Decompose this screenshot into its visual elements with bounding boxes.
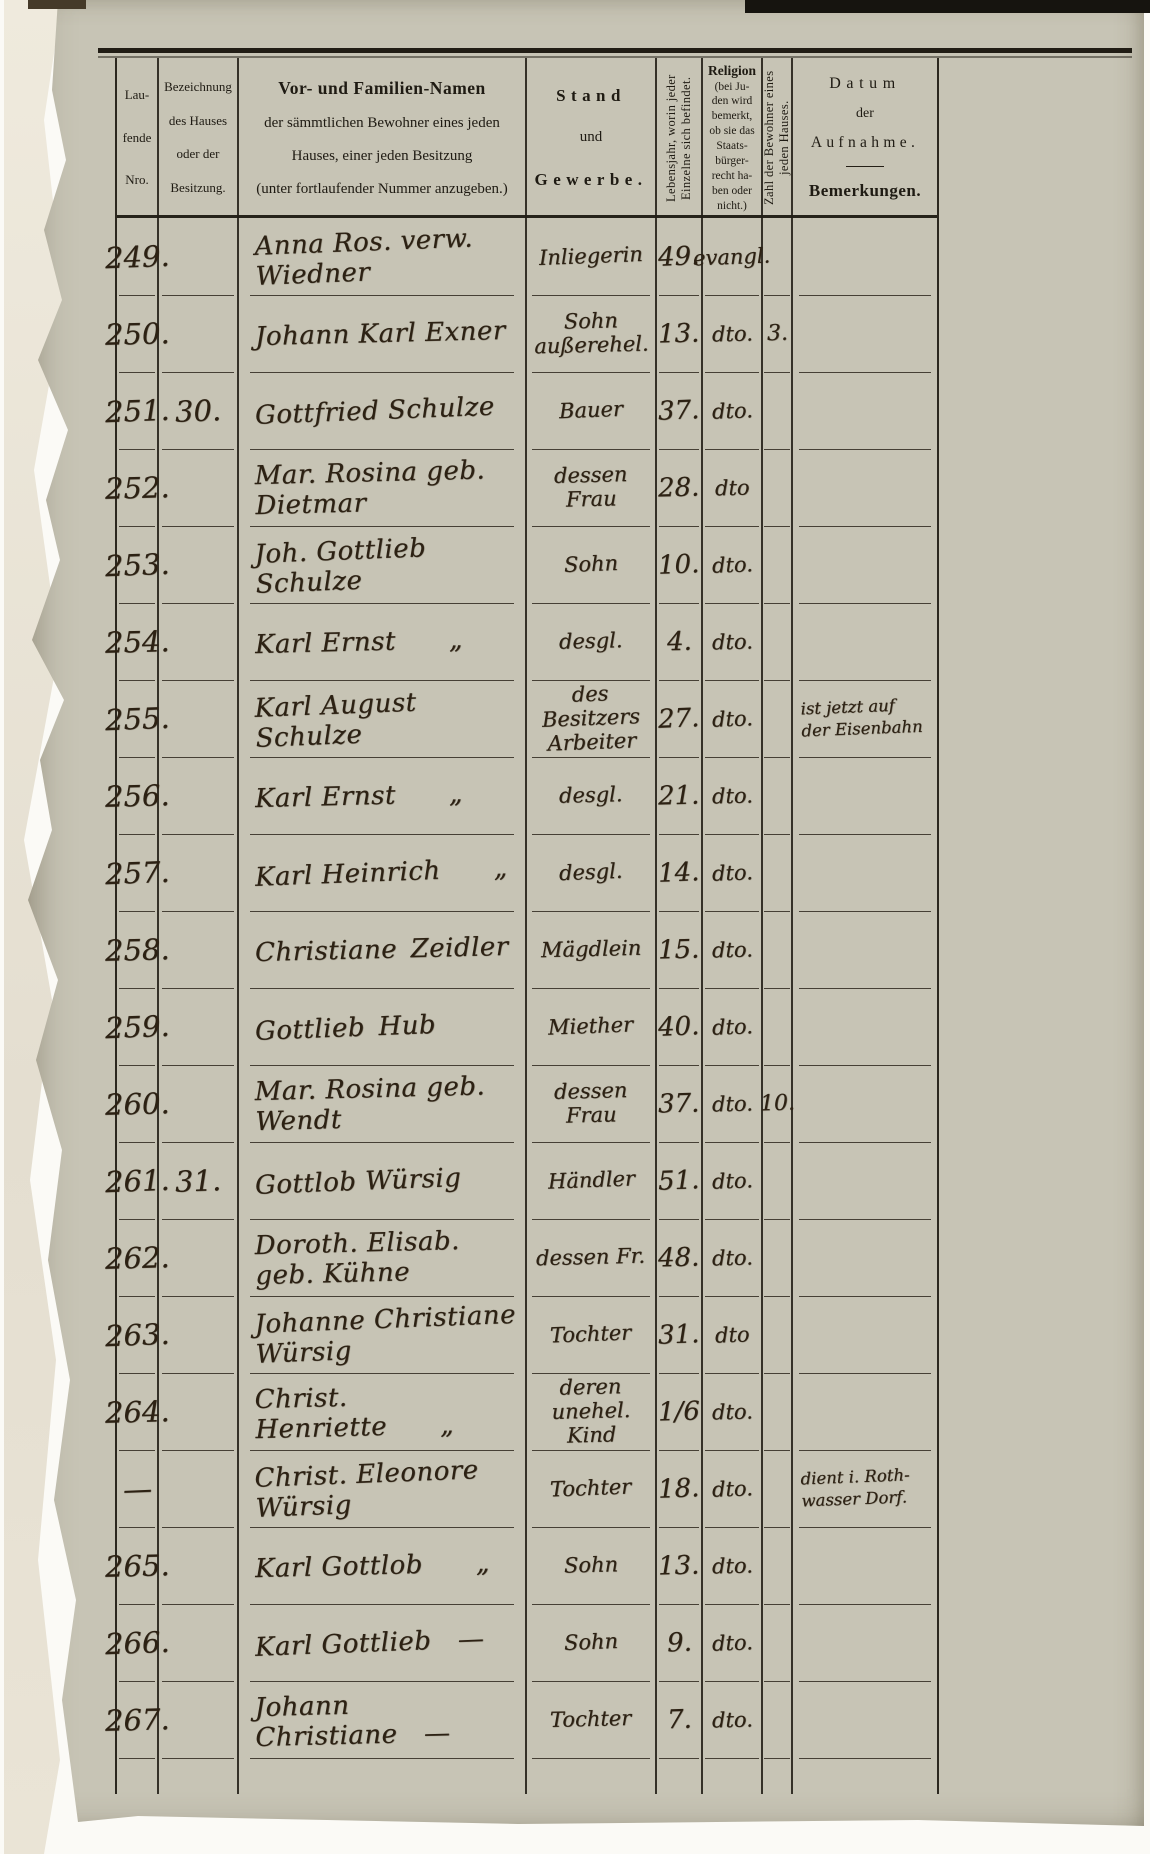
name-cell: Mar. Rosina geb. Wendt [239, 1065, 527, 1142]
name-value: Karl Gottlob „ [239, 1547, 526, 1584]
header-line: Besitzung. [170, 180, 225, 197]
haus-cell [159, 680, 239, 757]
table-row: 266.Karl Gottlieb —Sohn9.dto. [117, 1604, 937, 1681]
header-line: Religion [708, 62, 756, 80]
age-cell: 9. [657, 1604, 703, 1681]
stand-value: Tochter [550, 1706, 632, 1732]
remark-cell [793, 372, 937, 449]
header-line: Stand [556, 86, 626, 106]
table-row: 262.Doroth. Elisab. geb. Kühnedessen Fr.… [117, 1219, 937, 1296]
remark-cell [793, 911, 937, 988]
age-cell: 10. [657, 526, 703, 603]
header-line: Nro. [125, 172, 148, 189]
remark-value [793, 1332, 937, 1338]
header-line: nicht.) [717, 199, 747, 214]
age-value: 40. [658, 1011, 700, 1043]
stand-cell: Miether [527, 988, 657, 1065]
remark-value: ist jetzt auf der Eisenbahn [792, 693, 938, 743]
name-cell: Johanne Christiane Würsig [239, 1296, 527, 1373]
header-line: Hauses, einer jeden Besitzung [292, 148, 473, 165]
name-cell: Christiane Zeidler [239, 911, 527, 988]
remark-value [793, 640, 937, 644]
stand-cell: dessen Frau [527, 449, 657, 526]
remark-cell [793, 1373, 937, 1450]
header-line: Vor- und Familien-Namen [278, 78, 486, 99]
zahl-cell [763, 1142, 793, 1219]
header-line: des Hauses [169, 113, 227, 130]
zahl-cell [763, 680, 793, 757]
table-row: 257.Karl Heinrich „desgl.14.dto. [117, 834, 937, 911]
religion-cell: dto [703, 1296, 763, 1373]
age-value: 37. [658, 395, 700, 427]
register-page-scan: Lau- fende Nro. Bezeichnung des Hauses o… [0, 0, 1150, 1854]
name-value: Joh. Gottlieb Schulze [238, 529, 526, 600]
remark-cell [793, 295, 937, 372]
age-cell: 37. [657, 372, 703, 449]
name-value: Johanne Christiane Würsig [238, 1299, 526, 1370]
zahl-value: 10. [759, 1091, 795, 1117]
religion-cell: dto. [703, 526, 763, 603]
stand-cell: dessen Frau [527, 1065, 657, 1142]
haus-cell [159, 1681, 239, 1758]
header-line: Bemerkungen. [809, 181, 921, 201]
age-value: 1/6 [658, 1396, 701, 1427]
name-cell: Anna Ros. verw. Wiedner [239, 218, 527, 295]
header-zahl-der-bewohner: Zahl der Bewohner eines jeden Hauses. [763, 58, 793, 218]
age-cell: 7. [657, 1681, 703, 1758]
haus-cell [159, 449, 239, 526]
stand-cell: Händler [527, 1142, 657, 1219]
stand-cell: Sohn [527, 1604, 657, 1681]
header-haus-bezeichnung: Bezeichnung des Hauses oder der Besitzun… [159, 58, 239, 218]
religion-cell: dto. [703, 911, 763, 988]
name-cell: Johann Karl Exner [239, 295, 527, 372]
header-line: bemerkt, [712, 109, 753, 124]
remark-cell [793, 1219, 937, 1296]
remark-cell [793, 1758, 937, 1794]
religion-value: dto. [711, 860, 753, 886]
age-value: 13. [658, 1550, 700, 1581]
stand-value: Sohn [564, 1553, 619, 1578]
name-value: Karl August Schulze [238, 683, 526, 754]
religion-cell: dto. [703, 1373, 763, 1450]
stand-cell: Tochter [527, 1681, 657, 1758]
name-value: Christ. Eleonore Würsig [238, 1453, 526, 1524]
religion-value: dto. [711, 398, 753, 424]
name-value: Christiane Zeidler [239, 931, 526, 968]
remark-value [793, 1024, 937, 1030]
age-cell: 51. [657, 1142, 703, 1219]
header-line: Staats- [716, 139, 747, 154]
header-rotated-text: Zahl der Bewohner eines jeden Hauses. [762, 63, 792, 213]
stand-cell: Inliegerin [527, 218, 657, 295]
stand-value: Inliegerin [539, 242, 644, 270]
header-rotated-text: Lebensjahr, worin jeder Einzelne sich be… [664, 63, 694, 213]
remark-cell [793, 988, 937, 1065]
religion-cell [703, 1758, 763, 1794]
table-row: —Christ. Eleonore WürsigTochter18.dto.di… [117, 1450, 937, 1527]
age-value: 48. [658, 1242, 700, 1273]
header-laufende-nro: Lau- fende Nro. [117, 58, 159, 218]
stand-cell: Tochter [527, 1296, 657, 1373]
zahl-cell [763, 218, 793, 295]
table-row: 258.Christiane ZeidlerMägdlein15.dto. [117, 911, 937, 988]
nro-cell: — [117, 1450, 159, 1527]
remark-value [793, 254, 937, 260]
remark-value [793, 870, 937, 876]
remark-value [793, 1410, 937, 1414]
nro-cell: 259. [117, 988, 159, 1065]
stand-value: desgl. [559, 859, 623, 886]
name-value: Gottlieb Hub [239, 1006, 526, 1047]
haus-cell [159, 988, 239, 1065]
table-row: 267.Johann Christiane —Tochter7.dto. [117, 1681, 937, 1758]
religion-value: dto. [711, 1707, 752, 1732]
name-cell: Johann Christiane — [239, 1681, 527, 1758]
table-row: 263.Johanne Christiane WürsigTochter31.d… [117, 1296, 937, 1373]
remark-cell [793, 603, 937, 680]
header-line: ben oder [712, 184, 752, 199]
religion-cell: dto. [703, 1527, 763, 1604]
nro-cell: 265. [117, 1527, 159, 1604]
stand-cell: Sohn außerehel. [527, 295, 657, 372]
nro-cell: 262. [117, 1219, 159, 1296]
zahl-cell [763, 1604, 793, 1681]
nro-cell [117, 1758, 159, 1794]
religion-cell: dto. [703, 1065, 763, 1142]
remark-value [793, 332, 937, 336]
nro-cell: 257. [117, 834, 159, 911]
religion-value: dto. [711, 706, 753, 732]
remark-value [793, 1102, 937, 1106]
remark-value: dient i. Roth- wasser Dorf. [792, 1463, 938, 1513]
age-value: 37. [658, 1088, 700, 1119]
census-register-table: Lau- fende Nro. Bezeichnung des Hauses o… [115, 58, 939, 1794]
religion-cell: dto. [703, 603, 763, 680]
age-cell [657, 1758, 703, 1794]
zahl-cell [763, 1296, 793, 1373]
stand-value: Händler [547, 1167, 635, 1194]
stand-value: Sohn [564, 551, 619, 577]
name-value: Karl Ernst „ [239, 623, 526, 660]
zahl-cell [763, 372, 793, 449]
nro-value: — [122, 1471, 152, 1506]
haus-cell [159, 1065, 239, 1142]
header-lebensjahr: Lebensjahr, worin jeder Einzelne sich be… [657, 58, 703, 218]
name-value: Mar. Rosina geb. Wendt [238, 1070, 525, 1137]
haus-cell [159, 1296, 239, 1373]
name-value: Anna Ros. verw. Wiedner [238, 221, 526, 292]
age-value: 15. [658, 934, 700, 965]
header-stand-und-gewerbe: Stand und Gewerbe. [527, 58, 657, 218]
age-value: 4. [666, 626, 692, 657]
remark-value [793, 948, 937, 952]
age-cell: 31. [657, 1296, 703, 1373]
name-cell: Doroth. Elisab. geb. Kühne [239, 1219, 527, 1296]
table-row: 255.Karl August Schulzedes Besitzers Arb… [117, 680, 937, 757]
haus-cell [159, 1527, 239, 1604]
name-cell: Karl Gottlieb — [239, 1604, 527, 1681]
header-line: den wird [712, 94, 753, 109]
zahl-cell [763, 988, 793, 1065]
header-line: und [580, 129, 603, 146]
remark-cell [793, 834, 937, 911]
zahl-cell [763, 1373, 793, 1450]
religion-value: dto. [711, 1168, 753, 1194]
stand-cell: des Besitzers Arbeiter [527, 680, 657, 757]
nro-cell: 249. [117, 218, 159, 295]
nro-cell: 260. [117, 1065, 159, 1142]
stand-cell: desgl. [527, 757, 657, 834]
zahl-cell [763, 911, 793, 988]
stand-cell: dessen Fr. [527, 1219, 657, 1296]
haus-cell: 31. [159, 1142, 239, 1219]
header-line: Aufnahme. [811, 134, 919, 152]
name-cell [239, 1758, 527, 1794]
name-cell: Christ. Eleonore Würsig [239, 1450, 527, 1527]
religion-cell: dto. [703, 372, 763, 449]
stand-value: des Besitzers Arbeiter [526, 680, 657, 757]
age-value: 14. [658, 857, 700, 889]
religion-cell: dto. [703, 757, 763, 834]
age-value: 27. [658, 703, 700, 735]
haus-cell [159, 1758, 239, 1794]
religion-value: dto. [711, 783, 752, 808]
table-row: 256.Karl Ernst „desgl.21.dto. [117, 757, 937, 834]
header-line: recht ha- [712, 169, 753, 184]
header-line: oder der [177, 146, 220, 163]
name-value: Karl Gottlieb — [239, 1622, 526, 1663]
age-cell: 13. [657, 1527, 703, 1604]
name-value: Karl Heinrich „ [239, 852, 526, 893]
religion-value: evangl. [693, 243, 771, 270]
header-line: (unter fortlaufender Nummer anzugeben.) [256, 181, 508, 198]
religion-cell: dto. [703, 1681, 763, 1758]
header-line: ob sie das [709, 124, 754, 139]
nro-cell: 253. [117, 526, 159, 603]
table-row: 251.30.Gottfried SchulzeBauer37.dto. [117, 372, 937, 449]
nro-cell: 255. [117, 680, 159, 757]
table-rows: 249.Anna Ros. verw. WiednerInliegerin49.… [117, 218, 937, 1758]
remark-value [793, 562, 937, 568]
name-cell: Joh. Gottlieb Schulze [239, 526, 527, 603]
table-row: 252.Mar. Rosina geb. Dietmardessen Frau2… [117, 449, 937, 526]
age-cell: 28. [657, 449, 703, 526]
haus-cell [159, 1450, 239, 1527]
remark-cell [793, 1142, 937, 1219]
religion-value: dto. [711, 1553, 752, 1578]
zahl-cell: 10. [763, 1065, 793, 1142]
haus-cell: 30. [159, 372, 239, 449]
zahl-cell [763, 834, 793, 911]
table-row: 261.31.Gottlob WürsigHändler51.dto. [117, 1142, 937, 1219]
stand-cell: Sohn [527, 526, 657, 603]
remark-value [793, 1564, 937, 1568]
remark-cell [793, 1296, 937, 1373]
religion-cell: dto. [703, 1450, 763, 1527]
age-cell: 40. [657, 988, 703, 1065]
age-cell: 37. [657, 1065, 703, 1142]
zahl-cell [763, 1527, 793, 1604]
remark-value [793, 794, 937, 798]
age-value: 51. [658, 1165, 700, 1197]
nro-cell: 263. [117, 1296, 159, 1373]
remark-value [793, 1178, 937, 1184]
name-value: Doroth. Elisab. geb. Kühne [238, 1224, 525, 1291]
table-row: 264.Christ. Henriette „deren unehel. Kin… [117, 1373, 937, 1450]
zahl-cell [763, 757, 793, 834]
scan-dark-edge-top-right [745, 0, 1150, 13]
stand-cell: Tochter [527, 1450, 657, 1527]
stand-cell: Mägdlein [527, 911, 657, 988]
stand-value: Bauer [559, 397, 624, 424]
header-line: bürger- [715, 154, 748, 169]
remark-cell [793, 1681, 937, 1758]
table-row: 250.Johann Karl ExnerSohn außerehel.13.d… [117, 295, 937, 372]
stand-cell: desgl. [527, 834, 657, 911]
header-religion: Religion (bei Ju- den wird bemerkt, ob s… [703, 58, 763, 218]
table-empty-tail-row [117, 1758, 937, 1794]
stand-value: Sohn außerehel. [533, 308, 648, 359]
nro-cell: 250. [117, 295, 159, 372]
haus-cell [159, 1219, 239, 1296]
table-row: 260.Mar. Rosina geb. Wendtdessen Frau37.… [117, 1065, 937, 1142]
religion-value: dto. [711, 1245, 752, 1270]
zahl-cell [763, 526, 793, 603]
header-line: fende [123, 130, 152, 147]
stand-cell: Sohn [527, 1527, 657, 1604]
remark-value [793, 486, 937, 490]
remark-cell [793, 1527, 937, 1604]
stand-value: dessen Frau [526, 462, 655, 513]
remark-cell [793, 449, 937, 526]
table-row: 253.Joh. Gottlieb SchulzeSohn10.dto. [117, 526, 937, 603]
age-value: 31. [658, 1319, 700, 1351]
name-value: Mar. Rosina geb. Dietmar [238, 454, 525, 521]
stand-value: deren unehel. Kind [526, 1374, 656, 1450]
table-row: 254.Karl Ernst „desgl.4.dto. [117, 603, 937, 680]
stand-value: desgl. [559, 783, 623, 809]
nro-cell: 261. [117, 1142, 159, 1219]
age-value: 21. [658, 780, 700, 811]
age-value: 7. [666, 1704, 692, 1735]
religion-value: dto. [711, 1399, 752, 1424]
nro-cell: 252. [117, 449, 159, 526]
header-line: Gewerbe. [535, 170, 648, 190]
religion-value: dto. [711, 1014, 753, 1040]
age-cell: 21. [657, 757, 703, 834]
religion-value: dto. [711, 629, 752, 654]
religion-cell: dto. [703, 834, 763, 911]
name-value: Karl Ernst „ [239, 777, 526, 814]
religion-cell: evangl. [703, 218, 763, 295]
religion-value: dto. [711, 1476, 753, 1502]
zahl-cell [763, 603, 793, 680]
header-line: Lau- [125, 87, 150, 104]
religion-value: dto. [711, 321, 752, 346]
remark-cell [793, 1065, 937, 1142]
age-value: 13. [658, 318, 700, 349]
haus-cell [159, 526, 239, 603]
age-cell: 15. [657, 911, 703, 988]
name-cell: Mar. Rosina geb. Dietmar [239, 449, 527, 526]
haus-cell [159, 1604, 239, 1681]
age-cell: 27. [657, 680, 703, 757]
nro-cell: 251. [117, 372, 159, 449]
religion-cell: dto. [703, 680, 763, 757]
stand-value: Tochter [550, 1321, 632, 1348]
remark-cell [793, 1604, 937, 1681]
nro-cell: 254. [117, 603, 159, 680]
age-cell: 13. [657, 295, 703, 372]
zahl-cell [763, 1219, 793, 1296]
header-vor-und-familiennamen: Vor- und Familien-Namen der sämmtlichen … [239, 58, 527, 218]
page-top-rule [98, 48, 1132, 53]
remark-value [793, 1256, 937, 1260]
religion-cell: dto. [703, 295, 763, 372]
remark-cell [793, 218, 937, 295]
name-cell: Karl Ernst „ [239, 757, 527, 834]
haus-cell [159, 1373, 239, 1450]
haus-cell [159, 911, 239, 988]
stand-cell [527, 1758, 657, 1794]
haus-cell [159, 834, 239, 911]
age-cell: 48. [657, 1219, 703, 1296]
haus-value: 30. [174, 393, 221, 429]
religion-cell: dto. [703, 1219, 763, 1296]
header-line: (bei Ju- [715, 80, 750, 95]
age-cell: 1/6 [657, 1373, 703, 1450]
datum-divider-rule [846, 166, 884, 167]
zahl-value: 3. [766, 321, 788, 347]
religion-value: dto. [711, 552, 753, 578]
scan-dark-edge-top-left [28, 0, 86, 9]
name-cell: Karl Heinrich „ [239, 834, 527, 911]
stand-cell: Bauer [527, 372, 657, 449]
name-cell: Christ. Henriette „ [239, 1373, 527, 1450]
header-line: Datum [829, 75, 901, 93]
stand-cell: deren unehel. Kind [527, 1373, 657, 1450]
remark-value [793, 1718, 937, 1722]
remark-cell: dient i. Roth- wasser Dorf. [793, 1450, 937, 1527]
name-value: Gottlob Würsig [239, 1160, 526, 1201]
remark-value [793, 408, 937, 414]
name-value: Gottfried Schulze [239, 390, 526, 431]
haus-cell [159, 295, 239, 372]
stand-cell: desgl. [527, 603, 657, 680]
name-value: Johann Christiane — [238, 1686, 525, 1753]
name-cell: Karl August Schulze [239, 680, 527, 757]
haus-value: 31. [174, 1163, 221, 1199]
haus-cell [159, 218, 239, 295]
zahl-cell [763, 1450, 793, 1527]
table-row: 265.Karl Gottlob „Sohn13.dto. [117, 1527, 937, 1604]
age-value: 18. [658, 1473, 700, 1505]
religion-cell: dto. [703, 1604, 763, 1681]
header-line: der [856, 106, 874, 122]
remark-cell [793, 757, 937, 834]
religion-cell: dto. [703, 988, 763, 1065]
table-header-row: Lau- fende Nro. Bezeichnung des Hauses o… [117, 58, 937, 218]
religion-value: dto [714, 475, 749, 500]
remark-cell: ist jetzt auf der Eisenbahn [793, 680, 937, 757]
haus-cell [159, 757, 239, 834]
header-line: Bezeichnung [164, 79, 232, 96]
age-cell: 18. [657, 1450, 703, 1527]
stand-value: Mägdlein [541, 936, 642, 963]
nro-cell: 258. [117, 911, 159, 988]
zahl-cell [763, 1681, 793, 1758]
